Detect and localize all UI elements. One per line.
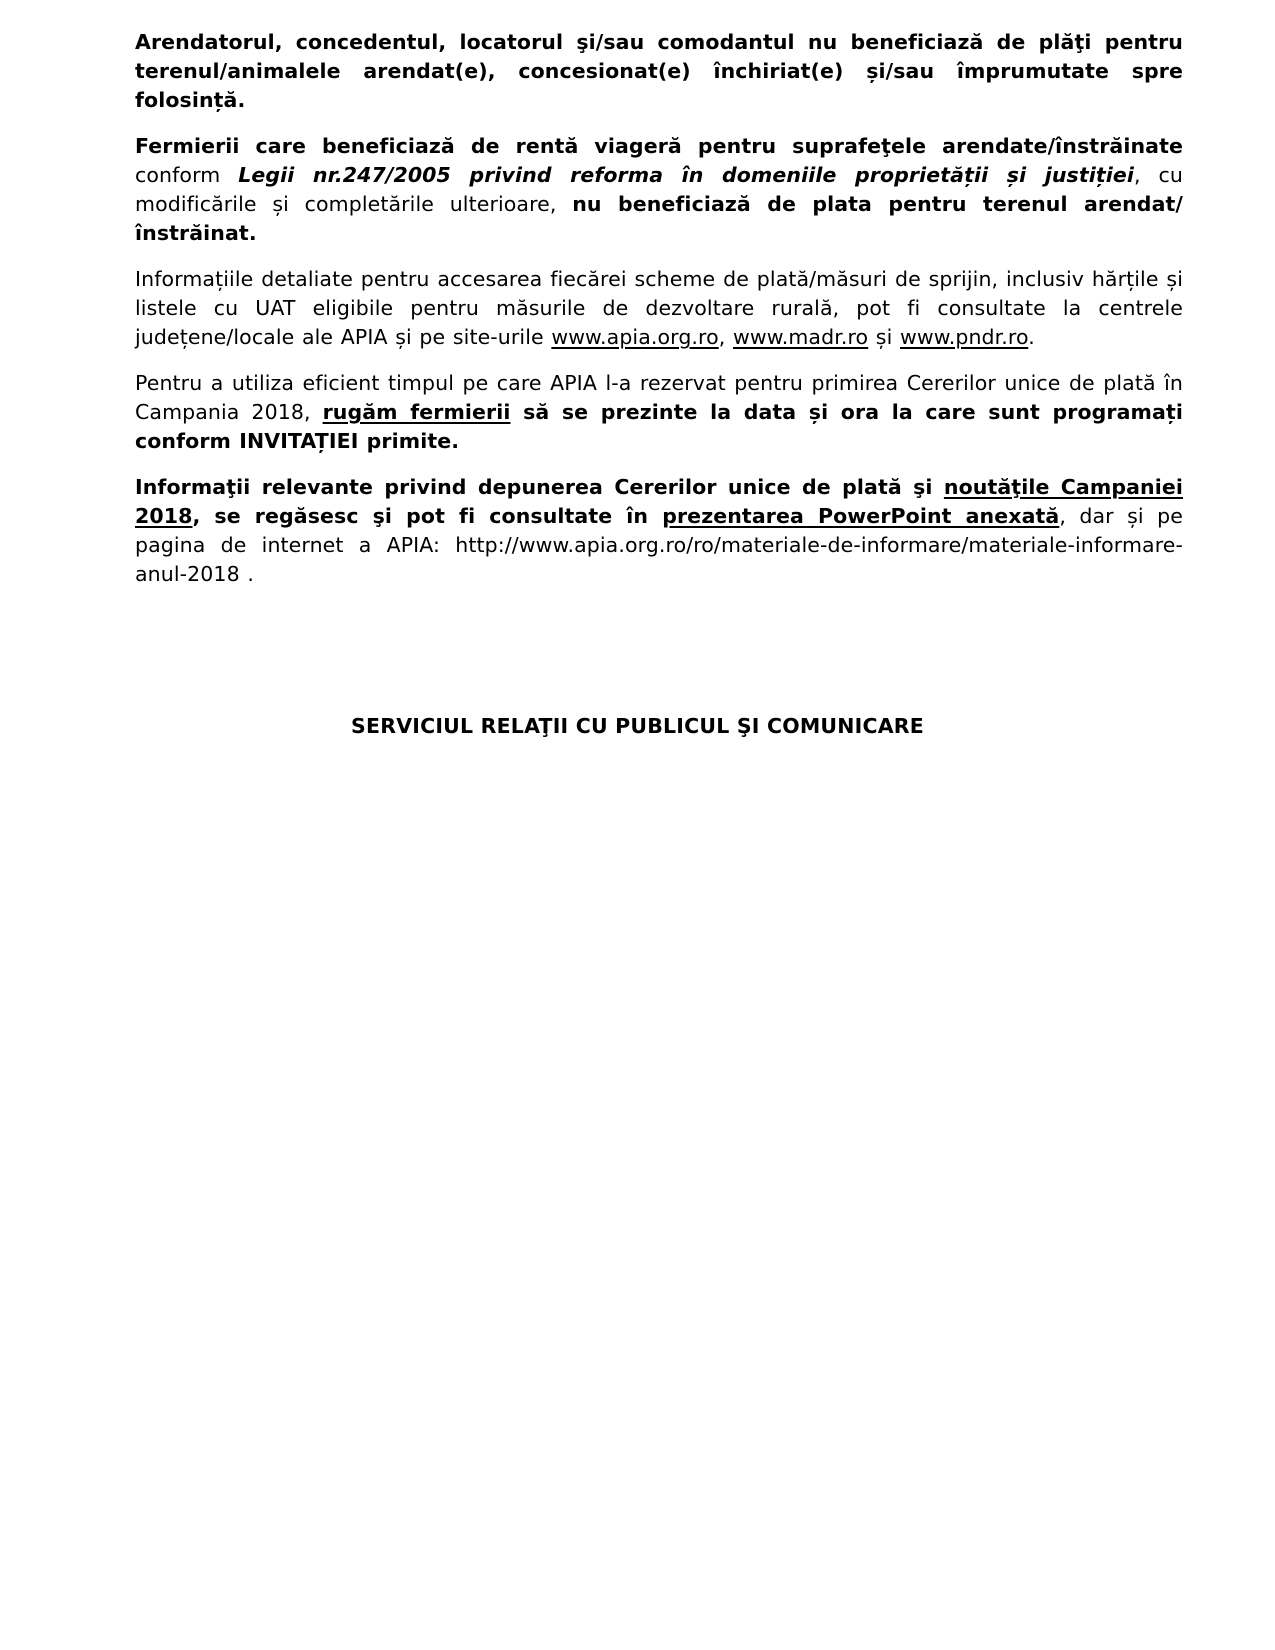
website-link[interactable]: www.madr.ro: [733, 325, 868, 349]
paragraph-relevant-information: Informaţii relevante privind depunerea C…: [135, 473, 1183, 589]
text-segment: Arendatorul, concedentul, locatorul şi/s…: [135, 30, 1183, 112]
text-segment: Informaţii relevante privind depunerea C…: [135, 475, 944, 499]
text-segment: ,: [719, 325, 733, 349]
text-segment: rugăm fermierii: [323, 400, 511, 424]
text-segment: Legii nr.247/2005 privind reforma în dom…: [238, 163, 1134, 187]
paragraph-life-annuity: Fermierii care beneficiază de rentă viag…: [135, 132, 1183, 248]
department-signature: SERVICIUL RELAŢII CU PUBLICUL ŞI COMUNIC…: [0, 712, 1275, 741]
text-segment: .: [1028, 325, 1035, 349]
text-segment: prezentarea PowerPoint anexată: [662, 504, 1059, 528]
paragraph-schedule-request: Pentru a utiliza eficient timpul pe care…: [135, 369, 1183, 456]
paragraph-detailed-information: Informațiile detaliate pentru accesarea …: [135, 265, 1183, 352]
text-segment: conform: [135, 163, 238, 187]
text-segment: și: [868, 325, 900, 349]
text-segment: Fermierii care beneficiază de rentă viag…: [135, 134, 1183, 158]
text-segment: , se regăsesc şi pot fi consultate în: [192, 504, 662, 528]
website-link[interactable]: www.pndr.ro: [900, 325, 1028, 349]
website-link[interactable]: www.apia.org.ro: [551, 325, 718, 349]
document-body: Arendatorul, concedentul, locatorul şi/s…: [135, 28, 1183, 606]
paragraph-lessor-payments: Arendatorul, concedentul, locatorul şi/s…: [135, 28, 1183, 115]
